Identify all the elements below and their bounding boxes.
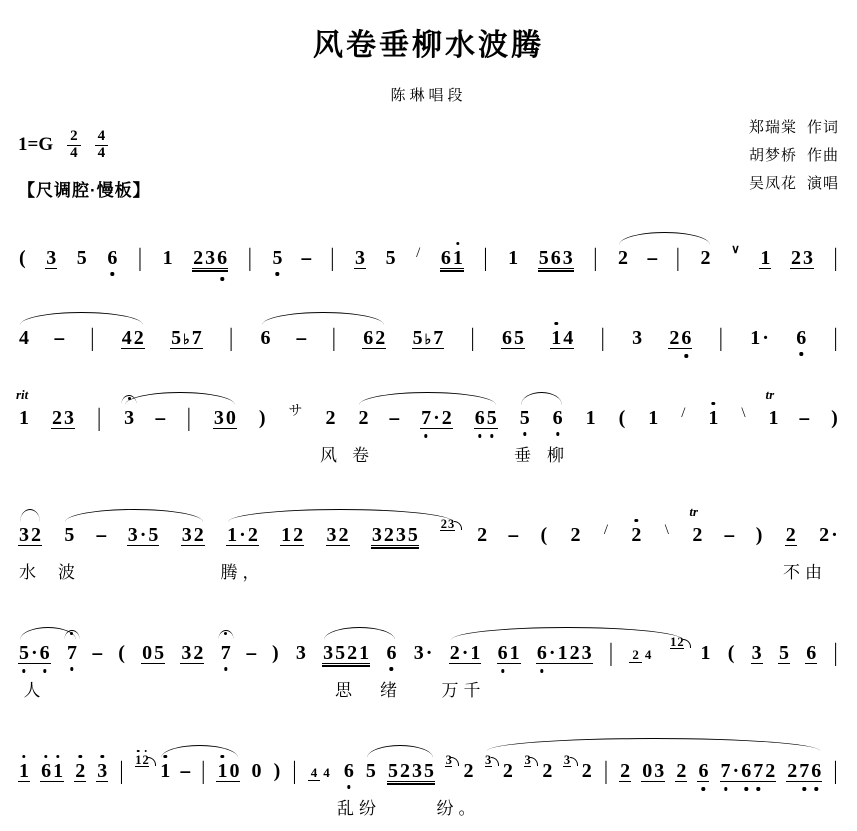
grace-note: 3 [524,754,531,768]
lyric-syllable: 水 [19,558,41,583]
lyric-syllable: 万千 [442,676,486,701]
note: 5 [385,248,397,268]
slur-arc [161,745,238,758]
note: 6·123 [536,643,593,664]
note: 5♭7 [412,328,445,349]
note: 1tr [767,408,779,428]
dash-extension: - [51,328,67,348]
slur-arc [324,627,395,640]
note: 10 [216,761,240,782]
barline: | [96,404,102,429]
note: 7·2 [420,408,453,429]
lyrics-row: 乱纷纷。 [18,788,839,820]
barline: | [832,324,838,349]
dash-extension: - [93,525,109,545]
note: 2 [619,761,631,782]
note: 42 [121,328,145,349]
meter-signature-1: 2 4 [67,129,81,162]
note: 276 [786,761,822,782]
note: 3 [45,248,57,269]
dash-extension: - [721,525,737,545]
slur-arc [451,627,683,640]
note: 03 [641,761,665,782]
note: ) [258,408,267,428]
note: 1 [585,408,597,428]
slur-arc [262,312,384,325]
sa-mark: サ [288,405,304,419]
grace-note: 3 [445,754,452,768]
note: 2 [357,408,369,428]
slur-arc [125,392,235,405]
note: 7 [220,643,232,663]
note: 6 [795,328,807,348]
lyric-syllable: 柳 [547,441,569,466]
note: 61 [497,643,521,664]
grace-note: 12 [135,754,150,768]
note: 65 [474,408,498,429]
lyric-syllable: 纷。 [437,794,481,819]
note: 7 [66,643,78,663]
grace-note: 3 [485,754,492,768]
note: 563 [538,248,574,269]
grace-note: 3 [563,754,570,768]
note: ) [830,408,839,428]
slide-mark: / [415,246,421,261]
lyric-syllable: 人 [24,676,46,701]
note: 2 [570,525,582,545]
dash-extension: - [152,408,168,428]
dash-extension: - [89,643,105,663]
notes-row: 4-|425♭7|6-|625♭7|6514|326|1·6| [18,327,839,349]
note: 3 [123,408,135,428]
note: 2 [630,525,642,545]
dash-extension: - [797,408,813,428]
note: ( [18,248,27,268]
note: 1· [749,328,770,348]
dash-extension: - [293,328,309,348]
slur-arc [228,509,453,522]
notes-row: (356|1236|5-|35/61|1563|2-|2∨123| [18,247,839,269]
music-line: 1rit23|3-|30)サ22-7·265561(1/1\1tr-)风卷垂柳 [18,381,839,467]
slur-arc [521,392,562,405]
barline: | [603,757,609,782]
note: 2 [785,525,797,546]
note: ( [540,525,549,545]
barline: | [718,324,724,349]
note: 2 [502,761,514,781]
notes-row: 325-3·5321·212323235232-(2/2\2tr-)22· [18,525,839,546]
note: 14 [550,328,574,349]
credit-lyricist: 郑瑞棠作词 [749,115,839,143]
slur-arc [367,745,433,758]
fermata-icon [218,630,233,639]
lyric-syllable: 思 [335,676,357,701]
note: 3 [295,643,307,663]
music-line: 16123|121-|100)|4465523532323232|203267·… [18,734,839,820]
key-and-mode: 1=G 2 4 4 4 【尺调腔·慢板】 [18,115,151,201]
note: 3235 [371,525,419,546]
note: ( [117,643,126,663]
dash-extension: - [177,761,193,781]
barline: | [469,324,475,349]
lyrics-row: 风卷垂柳 [18,435,839,467]
ornament-label: tr [689,505,698,518]
lyric-syllable: 波 [58,558,80,583]
music-line: 5·67-(05327-)3352163·2·1616·123|24121(35… [18,616,839,702]
note: 1rit [18,408,30,428]
note: ) [273,761,282,781]
slur-arc [359,392,496,405]
barline: | [291,757,297,782]
slide-mark: \ [740,406,746,421]
slide-mark: / [680,406,686,421]
barline: | [329,244,335,269]
note: 2tr [691,525,703,545]
score: (356|1236|5-|35/61|1563|2-|2∨123|4-|425♭… [18,221,839,820]
credits: 郑瑞棠作词 胡梦桥作曲 吴凤花演唱 [749,115,839,198]
note: 1·2 [226,525,259,546]
note: 05 [141,643,165,664]
note: 1 [759,248,771,269]
note: 30 [213,408,237,429]
note: 2· [818,525,839,545]
singer-section-label: 陈琳唱段 [18,84,839,105]
note: 2 [675,761,687,782]
slide-mark: / [603,523,609,538]
note: 6 [343,761,355,781]
lyric-syllable: 乱纷 [337,794,381,819]
note: 6 [805,643,817,664]
note: 3521 [322,643,370,664]
note: 5235 [387,761,435,782]
time-signature: 24 [629,648,654,661]
slur-arc [20,627,76,640]
lyric-syllable: 风 [320,441,342,466]
time-signature: 44 [308,766,333,779]
note: 3 [631,328,643,348]
lyrics-row: 水波腾，不由 [18,552,839,584]
lyric-syllable: 不由 [783,558,827,583]
note: 5 [365,761,377,781]
note: 6 [260,328,272,348]
mode-tempo-label: 【尺调腔·慢板】 [18,176,151,201]
note: 61 [440,248,464,269]
music-line: 4-|425♭7|6-|625♭7|6514|326|1·6| [18,301,839,349]
note: 1 [159,761,171,781]
note: ) [271,643,280,663]
note: 1 [507,248,519,268]
slur-arc [619,232,710,245]
lyric-syllable: 垂 [514,441,536,466]
note: 5 [778,643,790,664]
note: 2 [462,761,474,781]
notes-row: 5·67-(05327-)3352163·2·1616·123|24121(35… [18,642,839,664]
note: 2 [700,248,712,268]
note: 5 [519,408,531,428]
note: 2 [541,761,553,781]
barline: | [600,324,606,349]
barline: | [482,244,488,269]
lyric-syllable: 绪 [380,676,402,701]
note: 1 [162,248,174,268]
barline: | [675,244,681,269]
note: 6 [697,761,709,782]
note: ( [618,408,627,428]
barline: | [592,244,598,269]
note: 5 [76,248,88,268]
barline: | [247,244,253,269]
barline: | [137,244,143,269]
note: 5 [63,525,75,545]
note: 236 [192,248,228,269]
note: 2 [581,761,593,781]
note: 3 [751,643,763,664]
note: 12 [280,525,304,546]
barline: | [331,324,337,349]
note: 32 [326,525,350,546]
note: 32 [18,525,42,546]
note: 5♭7 [170,328,203,349]
ornament-label: tr [765,388,774,401]
music-line: 325-3·5321·212323235232-(2/2\2tr-)22·水波腾… [18,499,839,584]
note: 23 [51,408,75,429]
key-label: 1=G [18,134,53,156]
lyrics-row: 人思绪万千 [18,670,839,702]
music-line: (356|1236|5-|35/61|1563|2-|2∨123| [18,221,839,269]
meter-signature-2: 4 4 [95,129,109,162]
note: 62 [362,328,386,349]
dash-extension: - [506,525,522,545]
dash-extension: - [243,643,259,663]
dash-extension: - [644,248,660,268]
barline: | [832,757,838,782]
note: 5 [271,248,283,268]
key-signature: 1=G 2 4 4 4 [18,129,151,162]
credit-performer: 吴凤花演唱 [749,171,839,199]
note: 2 [476,525,488,545]
note: 6 [552,408,564,428]
note: 3 [96,761,108,782]
lyric-syllable: 卷 [352,441,374,466]
slur-arc [487,738,820,751]
barline: | [200,757,206,782]
note: ) [755,525,764,545]
note: 3 [354,248,366,269]
note: 2 [74,761,86,782]
song-title: 风卷垂柳水波腾 [18,20,839,64]
barline: | [118,757,124,782]
barline: | [833,639,839,664]
note: 0 [251,761,263,781]
note: 2·1 [449,643,482,664]
slide-mark: \ [664,523,670,538]
breath-mark: ∨ [730,243,741,255]
dash-extension: - [298,248,314,268]
note: 65 [501,328,525,349]
note: 2 [617,248,629,268]
note: 1 [707,408,719,428]
barline: | [186,404,192,429]
slur-arc [20,509,40,522]
note: 6 [106,248,118,268]
lyric-syllable: 腾， [221,558,265,583]
note: 3·5 [127,525,160,546]
note: 23 [790,248,814,269]
meta-row: 1=G 2 4 4 4 【尺调腔·慢板】 郑瑞棠作词 胡梦桥作曲 吴凤花演唱 [18,115,839,201]
note: 2 [325,408,337,428]
note: 6 [385,643,397,663]
dash-extension: - [387,408,403,428]
sheet-music-page: 风卷垂柳水波腾 陈琳唱段 1=G 2 4 4 4 【尺调腔·慢板】 郑瑞棠作词 [0,0,857,820]
note: 1 [647,408,659,428]
note: 5·6 [18,643,51,664]
note: ( [727,643,736,663]
note: 32 [181,525,205,546]
slur-arc [65,509,203,522]
ornament-label: rit [16,388,28,401]
barline: | [228,324,234,349]
note: 3· [413,643,434,663]
notes-row: 1rit23|3-|30)サ22-7·265561(1/1\1tr-) [18,407,839,429]
note: 61 [40,761,64,782]
slur-arc [20,312,143,325]
note: 1 [699,643,711,663]
credit-composer: 胡梦桥作曲 [749,143,839,171]
notes-row: 16123|121-|100)|4465523532323232|203267·… [18,760,839,782]
barline: | [833,244,839,269]
note: 32 [180,643,204,664]
note: 7·672 [720,761,777,782]
barline: | [608,639,614,664]
note: 26 [668,328,692,349]
note: 1 [18,761,30,782]
barline: | [89,324,95,349]
note: 4 [18,328,30,348]
